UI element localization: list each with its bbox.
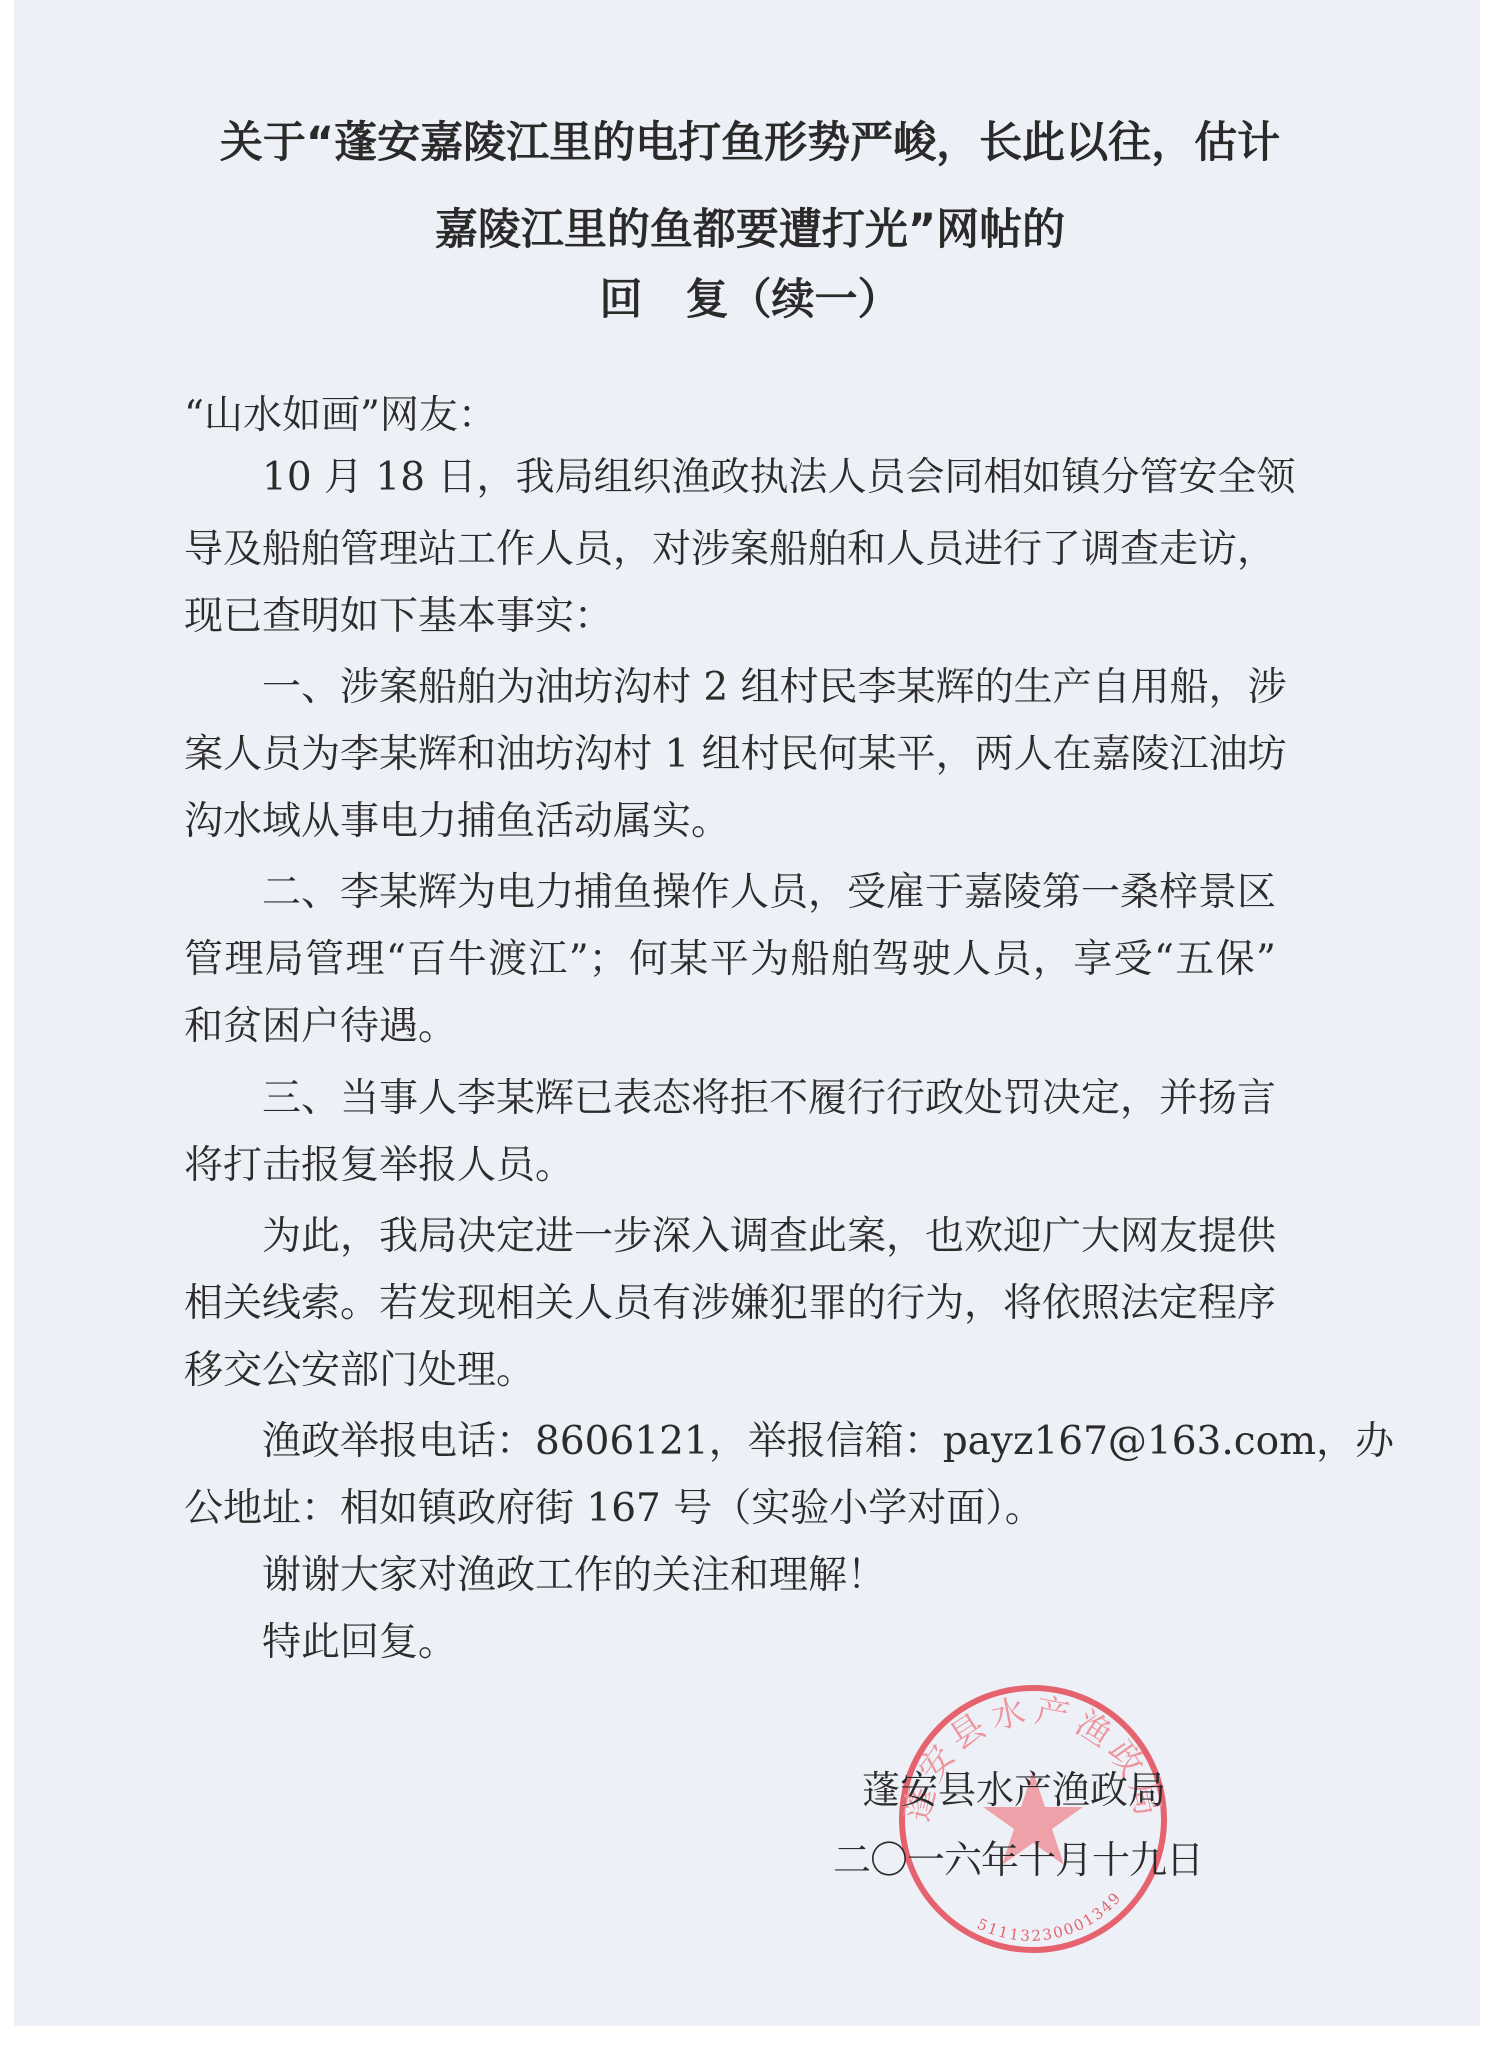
contact-info-line-2: 公地址：相如镇政府街 167 号（实验小学对面）。 — [184, 1484, 1276, 1534]
paragraph-1-line-3: 现已查明如下基本事实： — [184, 592, 1276, 642]
svg-text:51113230001349: 51113230001349 — [974, 1888, 1125, 1945]
document-title-line-1: 关于“蓬安嘉陵江里的电打鱼形势严峻，长此以往，估计 — [0, 118, 1500, 168]
paragraph-2-line-1: 一、涉案船舶为油坊沟村 2 组村民李某辉的生产自用船，涉 — [262, 663, 1276, 713]
paragraph-3-line-2: 管理局管理“百牛渡江”；何某平为船舶驾驶人员，享受“五保” — [184, 935, 1276, 985]
paragraph-5-line-2: 相关线索。若发现相关人员有涉嫌犯罪的行为，将依照法定程序 — [184, 1279, 1276, 1329]
signing-organization: 蓬安县水产渔政局 — [862, 1765, 1166, 1815]
paragraph-2-line-2: 案人员为李某辉和油坊沟村 1 组村民何某平，两人在嘉陵江油坊 — [184, 730, 1276, 780]
paragraph-1-line-1: 10 月 18 日，我局组织渔政执法人员会同相如镇分管安全领 — [262, 453, 1276, 503]
paragraph-3-line-3: 和贫困户待遇。 — [184, 1002, 1276, 1052]
contact-info-line-1: 渔政举报电话：8606121，举报信箱：payz167@163.com，办 — [262, 1417, 1276, 1467]
document-title-line-3: 回 复（续一） — [0, 275, 1500, 325]
document-title-line-2: 嘉陵江里的鱼都要遭打光”网帖的 — [0, 205, 1500, 255]
paragraph-5-line-1: 为此，我局决定进一步深入调查此案，也欢迎广大网友提供 — [262, 1212, 1276, 1262]
salutation: “山水如画”网友： — [184, 391, 1276, 441]
paragraph-4-line-1: 三、当事人李某辉已表态将拒不履行行政处罚决定，并扬言 — [262, 1074, 1276, 1124]
paragraph-4-line-2: 将打击报复举报人员。 — [184, 1141, 1276, 1191]
thanks-line: 谢谢大家对渔政工作的关注和理解！ — [262, 1551, 1276, 1601]
official-seal-stamp: 蓬安县水产渔政局 51113230001349 — [897, 1683, 1169, 1955]
closing-line: 特此回复。 — [262, 1618, 1276, 1668]
paragraph-1-line-2: 导及船舶管理站工作人员，对涉案船舶和人员进行了调查走访， — [184, 525, 1276, 575]
signing-date: 二〇一六年十月十九日 — [833, 1835, 1203, 1885]
paragraph-3-line-1: 二、李某辉为电力捕鱼操作人员，受雇于嘉陵第一桑梓景区 — [262, 868, 1276, 918]
paragraph-5-line-3: 移交公安部门处理。 — [184, 1346, 1276, 1396]
paragraph-2-line-3: 沟水域从事电力捕鱼活动属实。 — [184, 797, 1276, 847]
